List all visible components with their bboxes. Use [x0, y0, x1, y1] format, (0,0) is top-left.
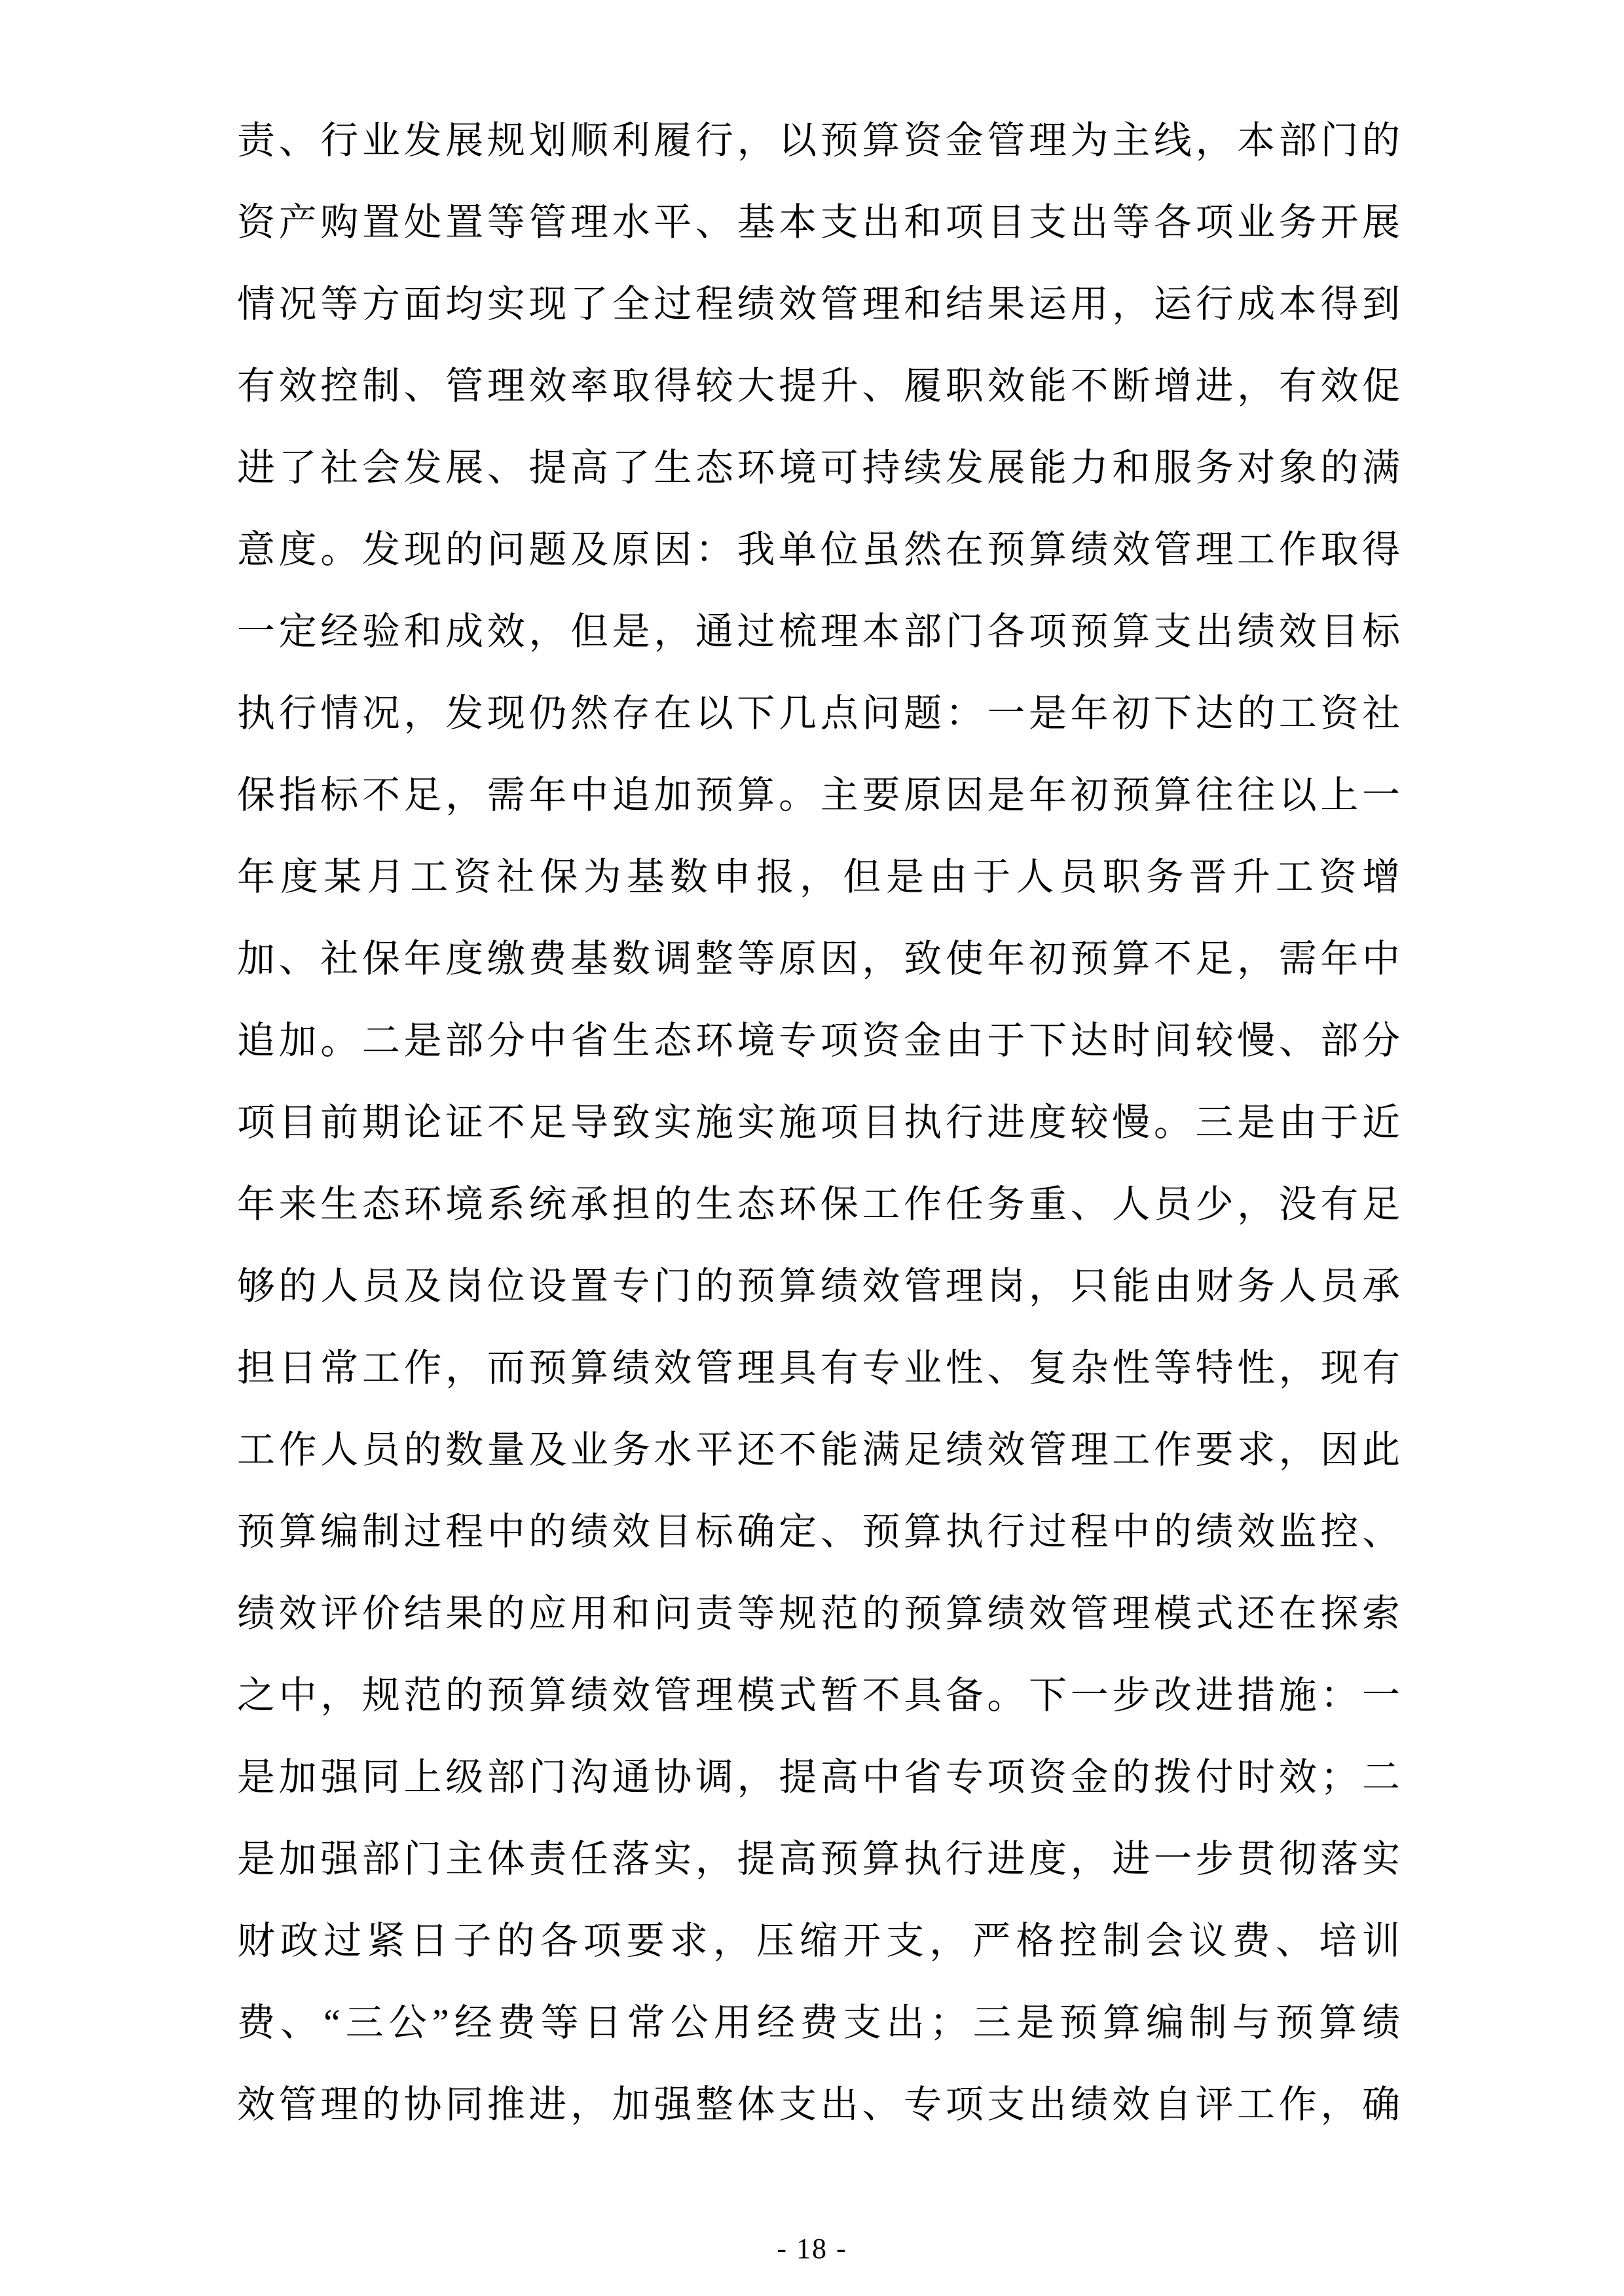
body-text-line: 是加强部门主体责任落实，提高预算执行进度，进一步贯彻落实	[237, 1818, 1400, 1900]
body-text-line: 意度。发现的问题及原因：我单位虽然在预算绩效管理工作取得	[237, 509, 1400, 591]
body-text-line: 一定经验和成效，但是，通过梳理本部门各项预算支出绩效目标	[237, 591, 1400, 672]
document-body: 责、行业发展规划顺利履行，以预算资金管理为主线，本部门的 资产购置处置等管理水平…	[237, 100, 1400, 2145]
document-page: 责、行业发展规划顺利履行，以预算资金管理为主线，本部门的 资产购置处置等管理水平…	[0, 0, 1624, 2296]
body-text-line: 效管理的协同推进，加强整体支出、专项支出绩效自评工作，确	[237, 2064, 1400, 2145]
body-text-line: 工作人员的数量及业务水平还不能满足绩效管理工作要求，因此	[237, 1409, 1400, 1491]
body-text-line: 保指标不足，需年中追加预算。主要原因是年初预算往往以上一	[237, 754, 1400, 836]
page-footer: - 18 -	[0, 2229, 1624, 2269]
body-text-line: 财政过紧日子的各项要求，压缩开支，严格控制会议费、培训	[237, 1900, 1400, 1982]
body-text-line: 责、行业发展规划顺利履行，以预算资金管理为主线，本部门的	[237, 100, 1400, 181]
body-text-line: 追加。二是部分中省生态环境专项资金由于下达时间较慢、部分	[237, 1000, 1400, 1082]
body-text-line: 年来生态环境系统承担的生态环保工作任务重、人员少，没有足	[237, 1163, 1400, 1245]
body-text-line: 资产购置处置等管理水平、基本支出和项目支出等各项业务开展	[237, 181, 1400, 263]
body-text-line: 情况等方面均实现了全过程绩效管理和结果运用，运行成本得到	[237, 263, 1400, 345]
body-text-line: 进了社会发展、提高了生态环境可持续发展能力和服务对象的满	[237, 427, 1400, 509]
body-text-line: 费、“三公”经费等日常公用经费支出；三是预算编制与预算绩	[237, 1982, 1400, 2064]
body-text-line: 加、社保年度缴费基数调整等原因，致使年初预算不足，需年中	[237, 918, 1400, 1000]
body-text-line: 年度某月工资社保为基数申报，但是由于人员职务晋升工资增	[237, 836, 1400, 918]
page-number: - 18 -	[777, 2232, 847, 2265]
body-text-line: 绩效评价结果的应用和问责等规范的预算绩效管理模式还在探索	[237, 1573, 1400, 1654]
body-text-line: 执行情况，发现仍然存在以下几点问题：一是年初下达的工资社	[237, 672, 1400, 754]
body-text-line: 是加强同上级部门沟通协调，提高中省专项资金的拨付时效；二	[237, 1736, 1400, 1818]
body-text-line: 够的人员及岗位设置专门的预算绩效管理岗，只能由财务人员承	[237, 1245, 1400, 1327]
body-text-line: 项目前期论证不足导致实施实施项目执行进度较慢。三是由于近	[237, 1082, 1400, 1163]
body-text-line: 之中，规范的预算绩效管理模式暂不具备。下一步改进措施：一	[237, 1654, 1400, 1736]
body-text-line: 担日常工作，而预算绩效管理具有专业性、复杂性等特性，现有	[237, 1327, 1400, 1409]
body-text-line: 有效控制、管理效率取得较大提升、履职效能不断增进，有效促	[237, 345, 1400, 427]
body-text-line: 预算编制过程中的绩效目标确定、预算执行过程中的绩效监控、	[237, 1491, 1400, 1573]
